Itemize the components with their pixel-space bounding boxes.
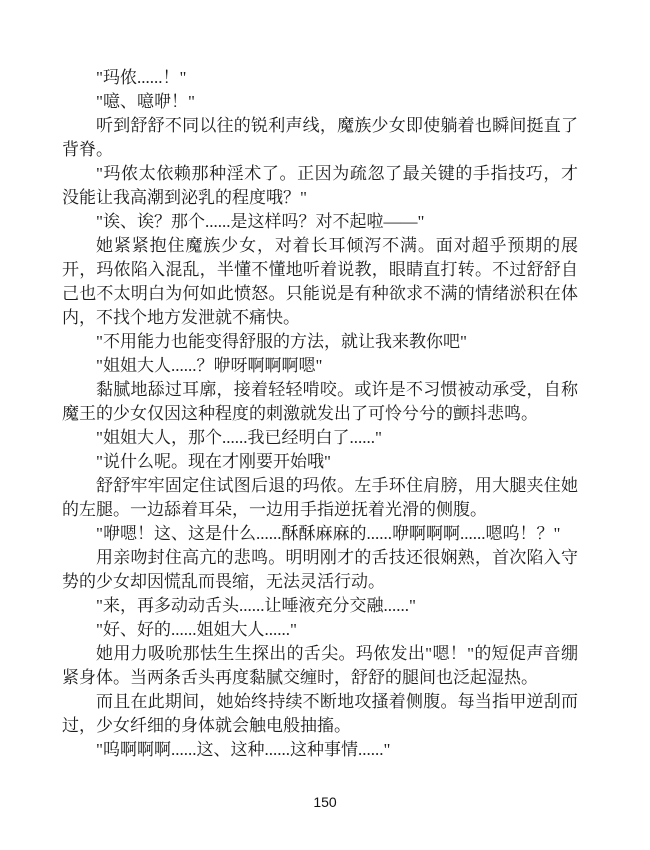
- body-text: "玛侬......！""噫、噫咿！"听到舒舒不同以往的锐利声线，魔族少女即使躺着…: [62, 66, 578, 762]
- paragraph: 黏腻地舔过耳廓，接着轻轻啃咬。或许是不习惯被动承受，自称魔王的少女仅因这种程度的…: [62, 378, 578, 426]
- paragraph: "噫、噫咿！": [62, 90, 578, 114]
- paragraph: "姐姐大人，那个......我已经明白了......": [62, 426, 578, 450]
- document-page: "玛侬......！""噫、噫咿！"听到舒舒不同以往的锐利声线，魔族少女即使躺着…: [0, 0, 650, 850]
- paragraph: 她用力吸吮那怯生生探出的舌尖。玛侬发出"嗯！"的短促声音绷紧身体。当两条舌头再度…: [62, 642, 578, 690]
- paragraph: "玛侬......！": [62, 66, 578, 90]
- paragraph: "咿嗯！这、这是什么......酥酥麻麻的......咿啊啊啊......嗯呜！…: [62, 522, 578, 546]
- paragraph: "姐姐大人......？咿呀啊啊啊嗯": [62, 354, 578, 378]
- paragraph: "来，再多动动舌头......让唾液充分交融......": [62, 594, 578, 618]
- paragraph: 舒舒牢牢固定住试图后退的玛侬。左手环住肩膀，用大腿夹住她的左腿。一边舔着耳朵，一…: [62, 474, 578, 522]
- paragraph: "玛侬太依赖那种淫术了。正因为疏忽了最关键的手指技巧，才没能让我高潮到泌乳的程度…: [62, 162, 578, 210]
- paragraph: "不用能力也能变得舒服的方法，就让我来教你吧": [62, 330, 578, 354]
- paragraph: "呜啊啊啊......这、这种......这种事情......": [62, 738, 578, 762]
- paragraph: 用亲吻封住高亢的悲鸣。明明刚才的舌技还很娴熟，首次陷入守势的少女却因慌乱而畏缩，…: [62, 546, 578, 594]
- paragraph: 而且在此期间，她始终持续不断地攻搔着侧腹。每当指甲逆刮而过，少女纤细的身体就会触…: [62, 690, 578, 738]
- paragraph: "诶、诶？那个......是这样吗？对不起啦——": [62, 210, 578, 234]
- paragraph: 她紧紧抱住魔族少女，对着长耳倾泻不满。面对超乎预期的展开，玛侬陷入混乱，半懂不懂…: [62, 234, 578, 330]
- paragraph: "说什么呢。现在才刚要开始哦": [62, 450, 578, 474]
- paragraph: 听到舒舒不同以往的锐利声线，魔族少女即使躺着也瞬间挺直了背脊。: [62, 114, 578, 162]
- paragraph: "好、好的......姐姐大人......": [62, 618, 578, 642]
- page-number: 150: [0, 792, 650, 812]
